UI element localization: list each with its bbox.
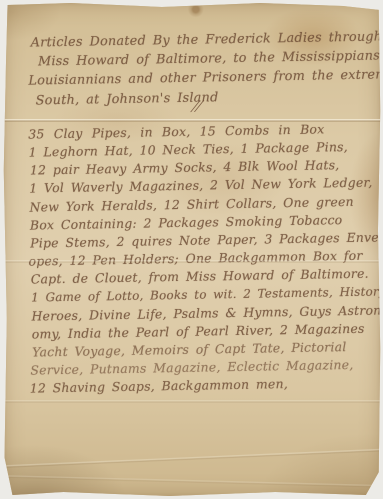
photographed-document-page: Articles Donated By the Frederick Ladies… [0, 0, 383, 499]
handwriting-layer: Articles Donated By the Frederick Ladies… [3, 0, 381, 2]
wrinkle-crease [3, 449, 381, 468]
wrinkle-crease [3, 475, 381, 488]
inventory-list: 35 Clay Pipes, in Box, 15 Combs in Box 1… [28, 119, 383, 397]
aged-paper-sheet: Articles Donated By the Frederick Ladies… [3, 2, 381, 497]
document-header: Articles Donated By the Frederick Ladies… [31, 27, 379, 110]
fold-crease [3, 400, 381, 403]
